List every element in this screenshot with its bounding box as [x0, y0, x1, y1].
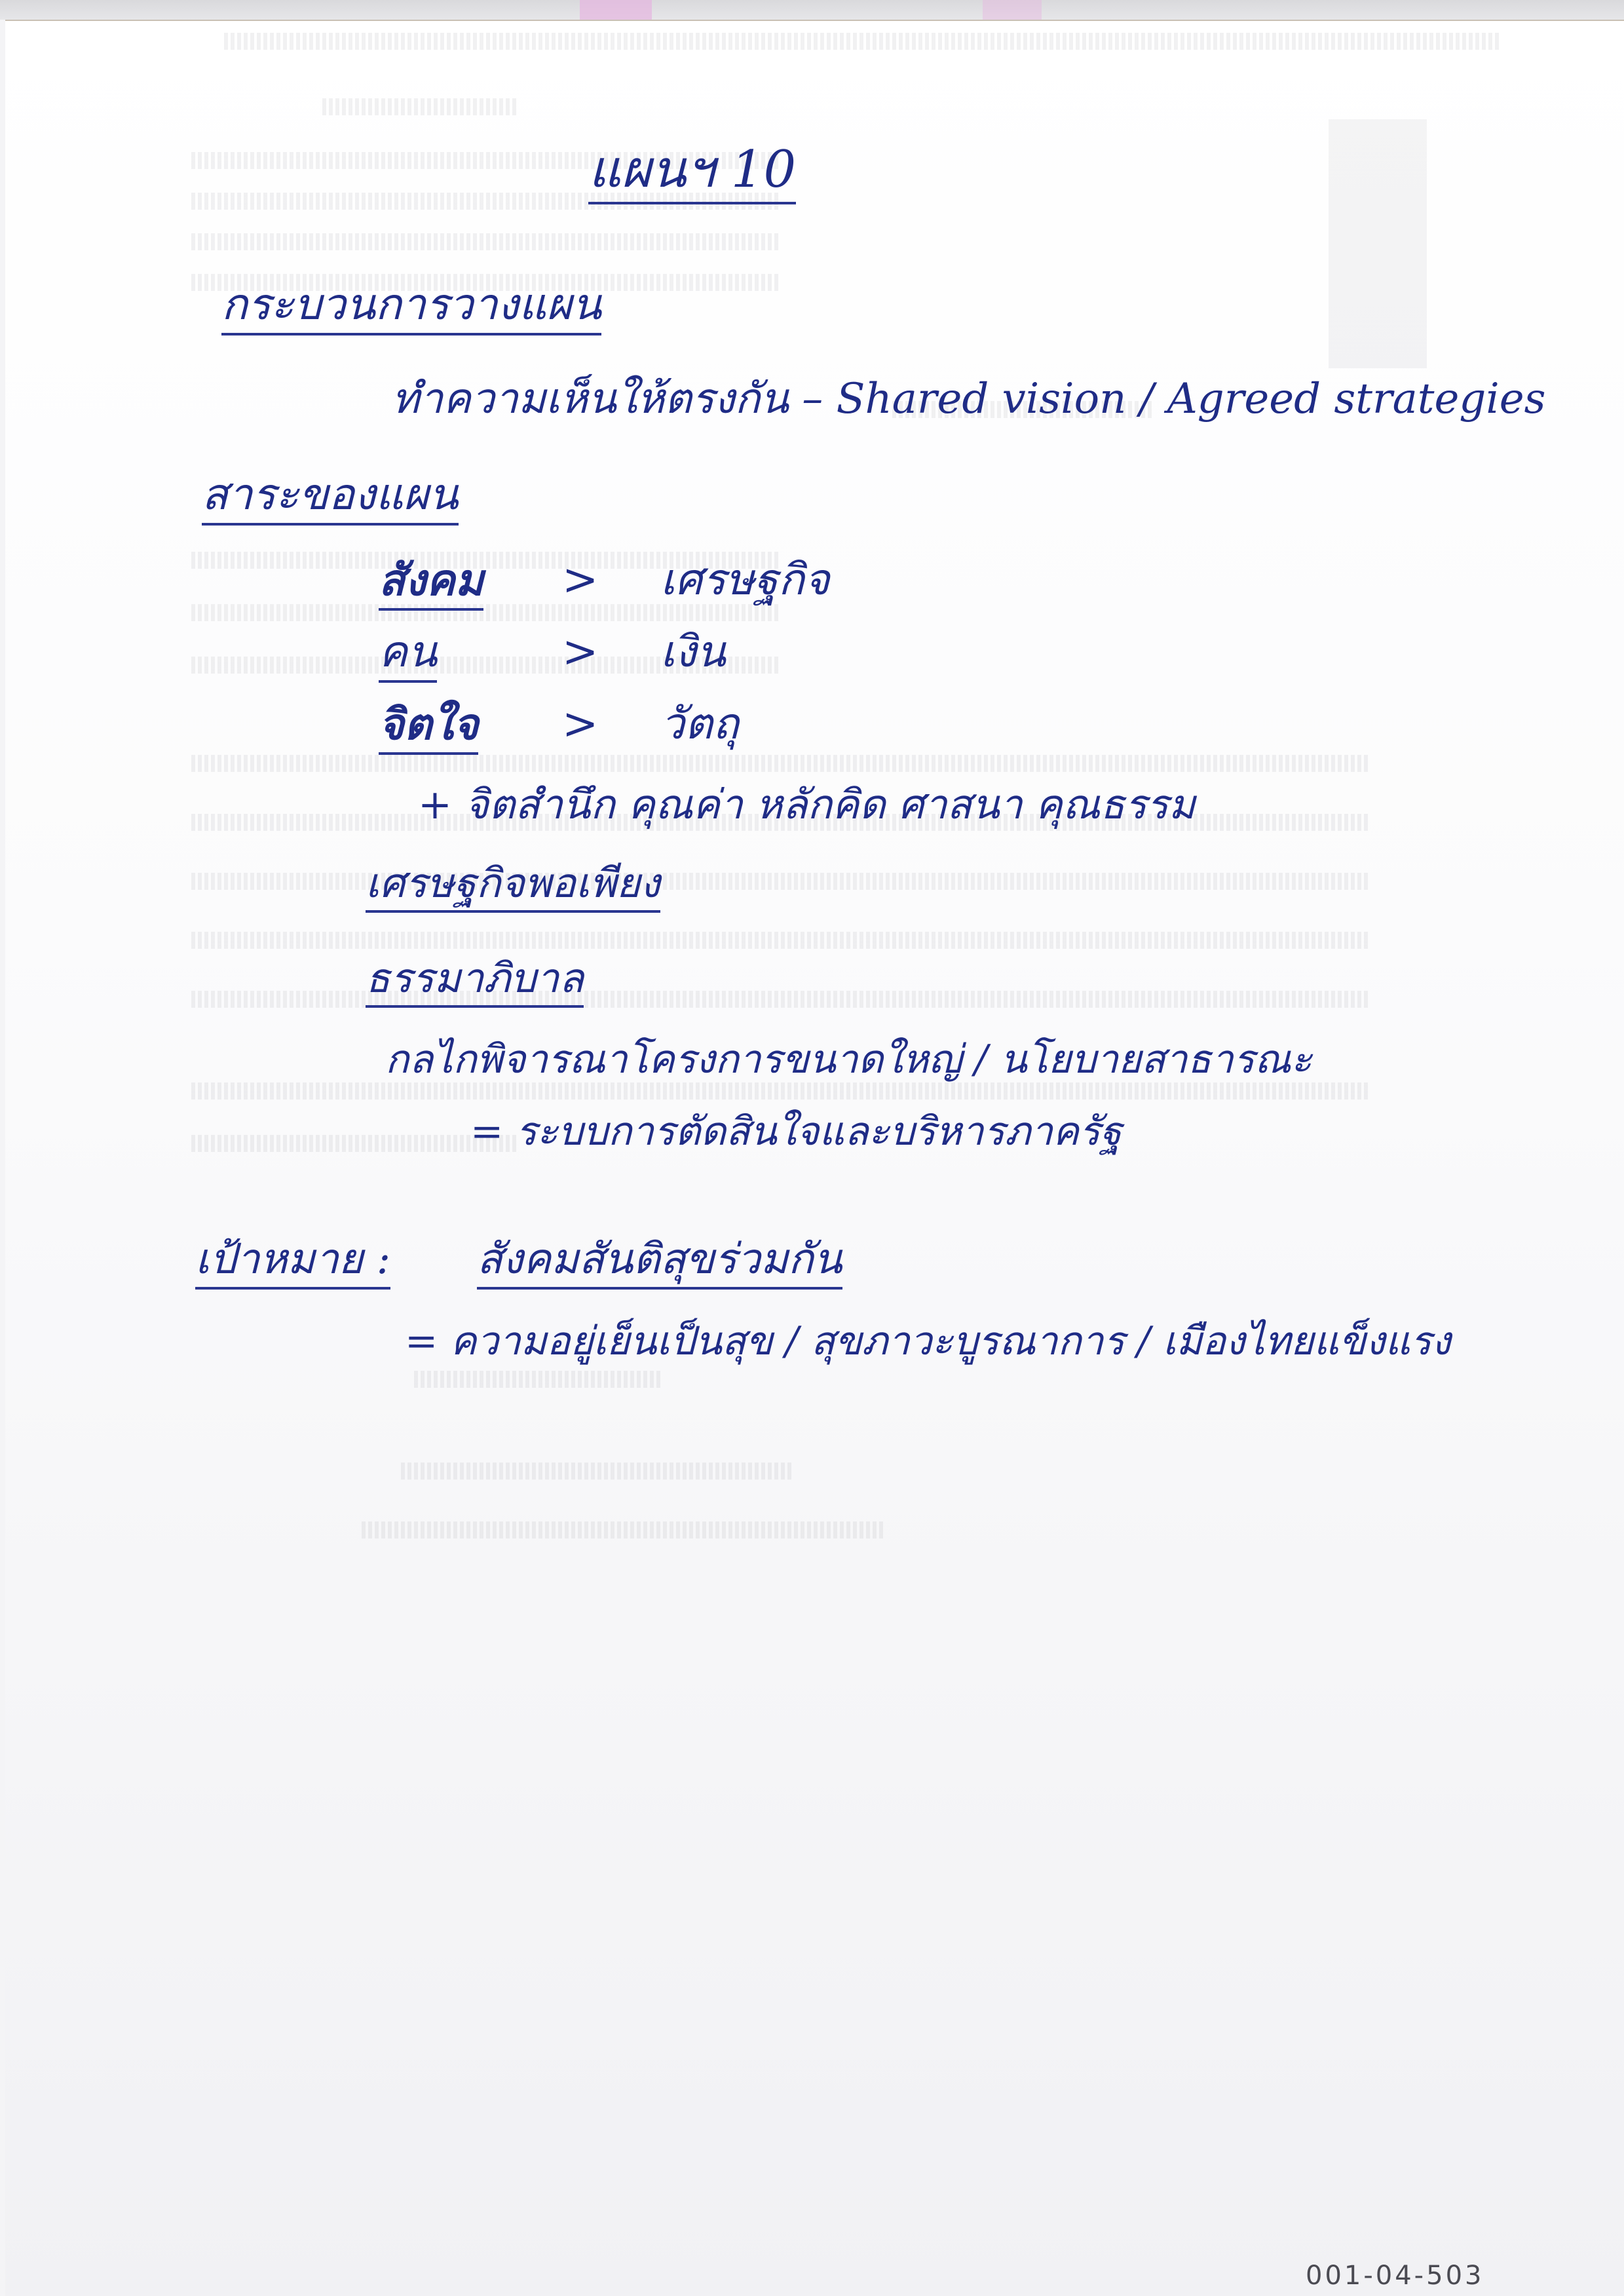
scanner-marker	[580, 0, 652, 20]
bleed-through-line	[189, 1082, 1368, 1100]
bleed-through-header	[221, 33, 1499, 50]
section-heading-planning-process: กระบวนการวางแผน	[221, 283, 601, 335]
comparison-right: เศรษฐกิจ	[660, 558, 829, 602]
comparison-right: วัตถุ	[660, 702, 739, 746]
bleed-through-line	[189, 1135, 516, 1152]
comparison-symbol: >	[562, 630, 598, 674]
goal-statement: สังคมสันติสุขร่วมกัน	[477, 1238, 842, 1290]
good-governance-heading: ธรรมาภิบาล	[366, 958, 584, 1008]
governance-equals-line: = ระบบการตัดสินใจและบริหารภาครัฐ	[470, 1112, 1122, 1151]
bleed-through-line	[320, 98, 516, 115]
paper-page: แผนฯ 10 กระบวนการวางแผน ทำความเห็นให้ตรง…	[5, 20, 1624, 2296]
comparison-left: คน	[379, 630, 437, 683]
comparison-left: จิตใจ	[379, 702, 478, 755]
goal-heading: เป้าหมาย :	[195, 1238, 390, 1290]
sufficiency-economy-heading: เศรษฐกิจพอเพียง	[366, 863, 660, 913]
comparison-right: เงิน	[660, 630, 726, 674]
comparison-symbol: >	[562, 558, 598, 602]
governance-mechanism-line: กลไกพิจารณาโครงการขนาดใหญ่ / นโยบายสาธาร…	[385, 1040, 1312, 1079]
bleed-through-line	[398, 1463, 791, 1480]
bleed-through-line	[189, 233, 778, 250]
comparison-symbol: >	[562, 702, 598, 746]
reference-number: 001-04-503	[1306, 2261, 1484, 2291]
bleed-through-line	[189, 755, 1368, 772]
bleed-through-line	[189, 932, 1368, 949]
bleed-through-signature	[411, 1371, 660, 1388]
goal-equals-line: = ความอยู่เย็นเป็นสุข / สุขภาวะบูรณาการ …	[405, 1322, 1450, 1361]
plus-values-line: + จิตสำนึก คุณค่า หลักคิด ศาสนา คุณธรรม	[418, 784, 1196, 825]
section-heading-plan-substance: สาระของแผน	[202, 473, 459, 526]
bleed-through-photo	[1329, 119, 1427, 368]
shared-vision-line: ทำความเห็นให้ตรงกัน – Shared vision / Ag…	[392, 378, 1545, 420]
comparison-left: สังคม	[379, 558, 483, 611]
bleed-through-line	[359, 1521, 883, 1539]
page-title: แผนฯ 10	[588, 144, 796, 204]
scanner-marker	[983, 0, 1042, 20]
scanner-edge	[0, 0, 1624, 20]
